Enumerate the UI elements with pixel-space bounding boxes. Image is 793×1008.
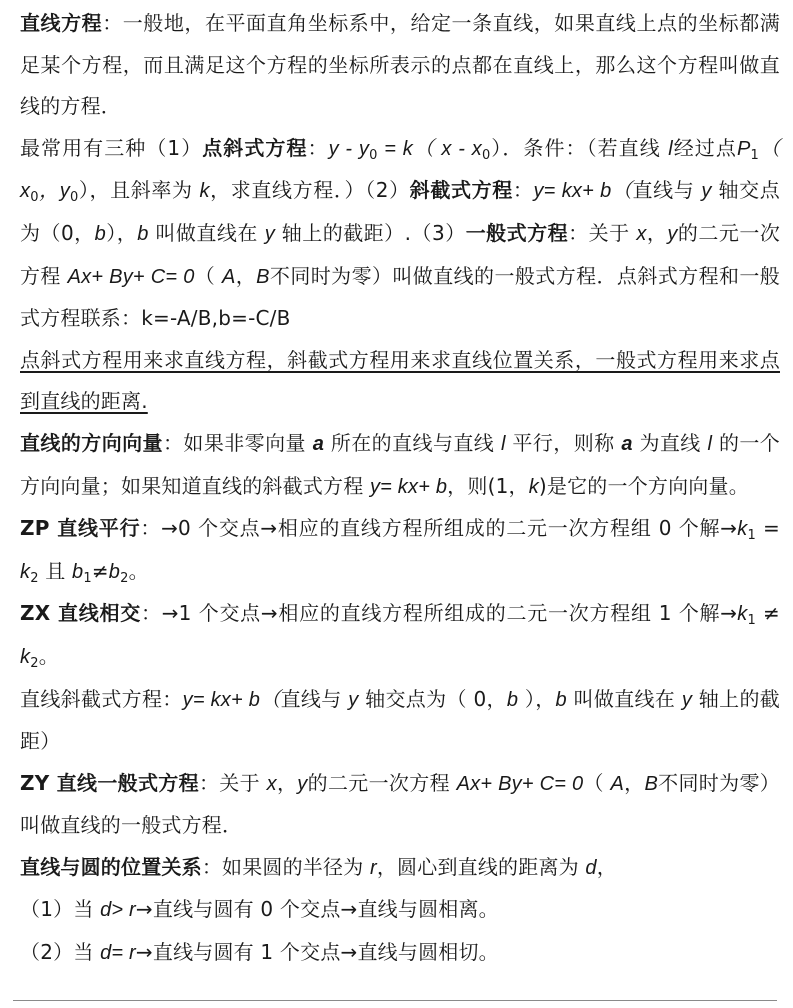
- paragraph-line-circle: 直线与圆的位置关系：如果圆的半径为 r，圆心到直线的距离为 d，: [20, 847, 780, 890]
- paragraph-line-equation: 直线方程：一般地，在平面直角坐标系中，给定一条直线，如果直线上点的坐标都满足某个…: [20, 3, 780, 128]
- term-slope-intercept: 斜截式方程: [410, 178, 513, 202]
- paragraph-slope-intercept: 直线斜截式方程：y= kx+ b（直线与 y 轴交点为（ 0，b ），b 叫做直…: [20, 679, 780, 763]
- paragraph-usage-note: 点斜式方程用来求直线方程，斜截式方程用来求直线位置关系，一般式方程用来求点到直线…: [20, 340, 780, 423]
- term-general-form: 一般式方程: [466, 221, 568, 245]
- term-line-circle: 直线与圆的位置关系: [20, 855, 202, 879]
- term-zy-general: ZY 直线一般式方程: [20, 771, 199, 795]
- document-body: 直线方程：一般地，在平面直角坐标系中，给定一条直线，如果直线上点的坐标都满足某个…: [20, 3, 780, 975]
- paragraph-zp-parallel: ZP 直线平行：→0 个交点→相应的直线方程所组成的二元一次方程组 0 个解→k…: [20, 508, 780, 593]
- term-line-equation: 直线方程: [20, 11, 102, 35]
- list-item-case-2: （2）当 d= r→直线与圆有 1 个交点→直线与圆相切。: [20, 932, 780, 975]
- term-zp-parallel: ZP 直线平行: [20, 516, 140, 540]
- paragraph-zx-intersect: ZX 直线相交：→1 个交点→相应的直线方程所组成的二元一次方程组 1 个解→k…: [20, 593, 780, 678]
- paragraph-direction-vector: 直线的方向向量：如果非零向量 a 所在的直线与直线 l 平行，则称 a 为直线 …: [20, 423, 780, 508]
- term-point-slope: 点斜式方程: [202, 136, 307, 160]
- paragraph-zy-general: ZY 直线一般式方程：关于 x，y的二元一次方程 Ax+ By+ C= 0（ A…: [20, 763, 780, 847]
- list-item-case-1: （1）当 d> r→直线与圆有 0 个交点→直线与圆相离。: [20, 889, 780, 932]
- term-direction-vector: 直线的方向向量: [20, 431, 163, 455]
- underlined-note: 点斜式方程用来求直线方程，斜截式方程用来求直线位置关系，一般式方程用来求点到直线…: [20, 348, 780, 414]
- term-zx-intersect: ZX 直线相交: [20, 601, 141, 625]
- paragraph-three-forms: 最常用有三种（1）点斜式方程：y - y0 = k（ x - x0）．条件：（若…: [20, 128, 780, 340]
- bottom-divider: [13, 1000, 777, 1001]
